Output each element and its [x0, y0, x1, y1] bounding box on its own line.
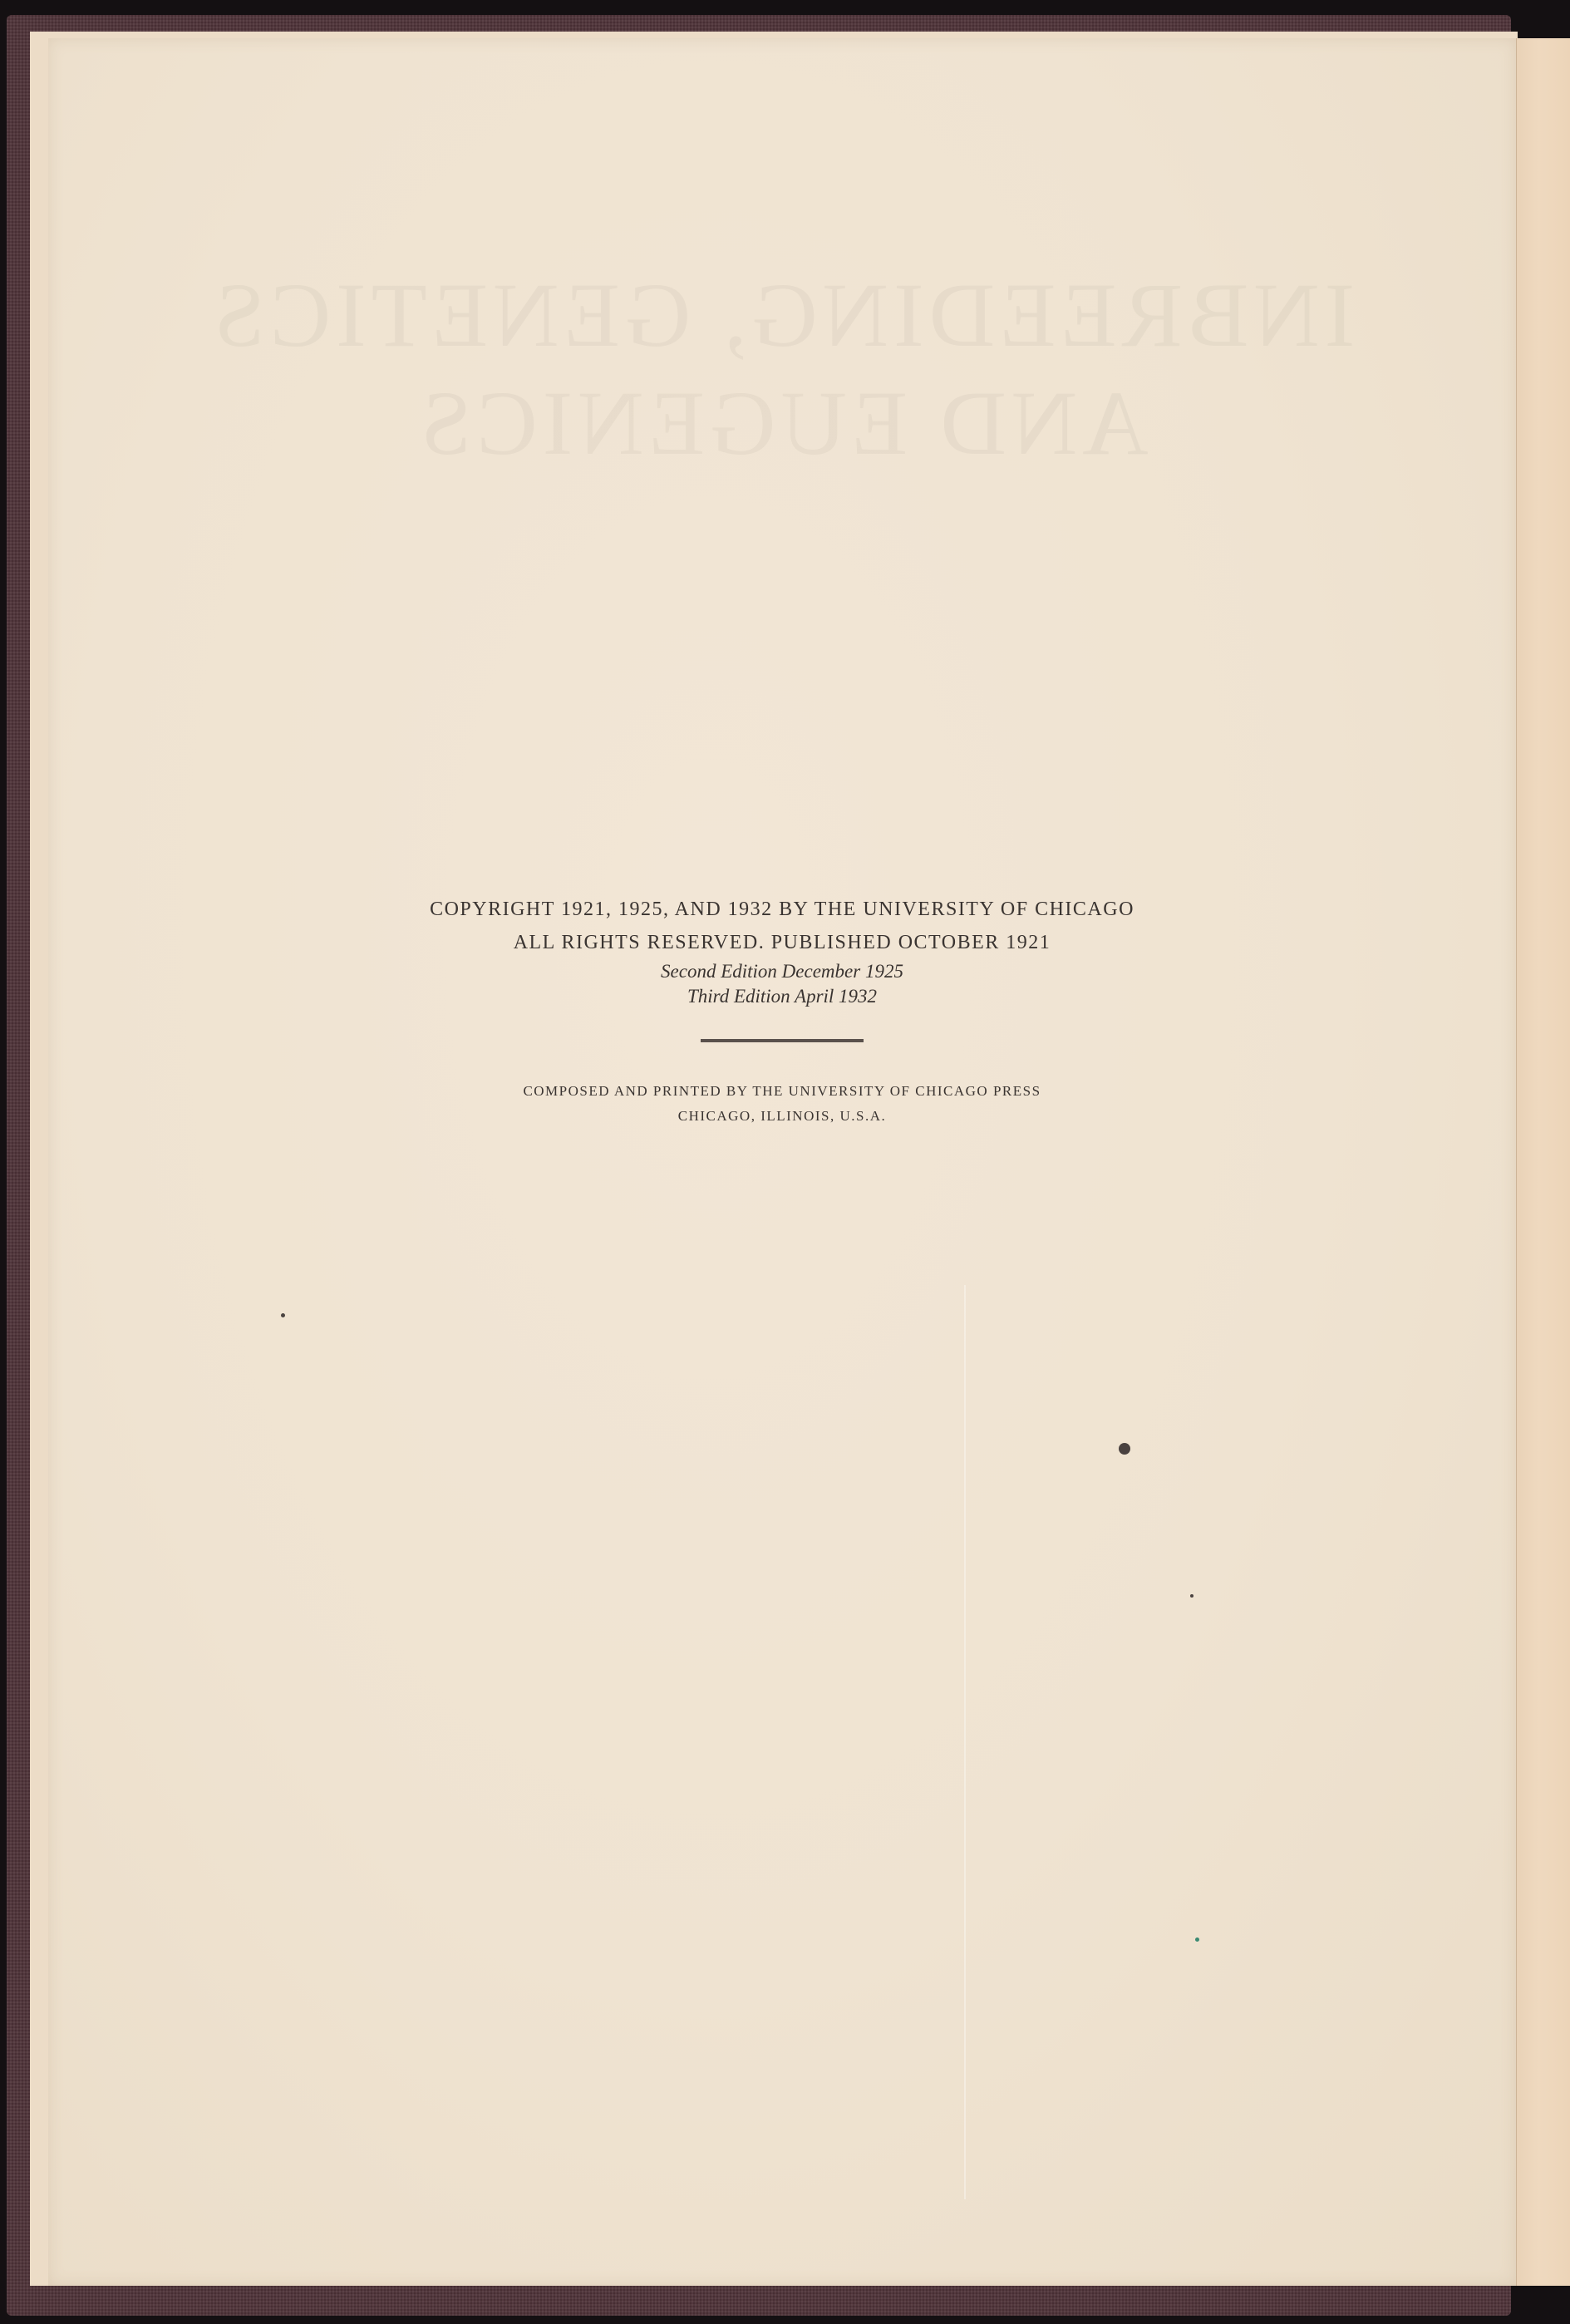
ink-spot [1119, 1443, 1130, 1455]
ink-speck [281, 1313, 285, 1317]
copyright-page: INBREEDING, GENETICS AND EUGENICS COPYRI… [48, 38, 1516, 2286]
show-through-title-line-2: AND EUGENICS [48, 371, 1516, 476]
copyright-line: COPYRIGHT 1921, 1925, AND 1932 BY THE UN… [48, 893, 1516, 926]
rights-reserved-line: ALL RIGHTS RESERVED. PUBLISHED OCTOBER 1… [48, 926, 1516, 959]
ink-speck [1195, 1937, 1199, 1942]
copyright-block: COPYRIGHT 1921, 1925, AND 1932 BY THE UN… [48, 893, 1516, 1129]
printer-line: COMPOSED AND PRINTED BY THE UNIVERSITY O… [48, 1079, 1516, 1104]
printer-location-line: CHICAGO, ILLINOIS, U.S.A. [48, 1104, 1516, 1129]
edition-line-third: Third Edition April 1932 [48, 984, 1516, 1009]
separator-rule [701, 1039, 864, 1042]
show-through-title-line-1: INBREEDING, GENETICS [48, 263, 1516, 368]
edition-line-second: Second Edition December 1925 [48, 959, 1516, 984]
ink-speck [1190, 1594, 1193, 1598]
facing-page-edge [1516, 38, 1570, 2286]
